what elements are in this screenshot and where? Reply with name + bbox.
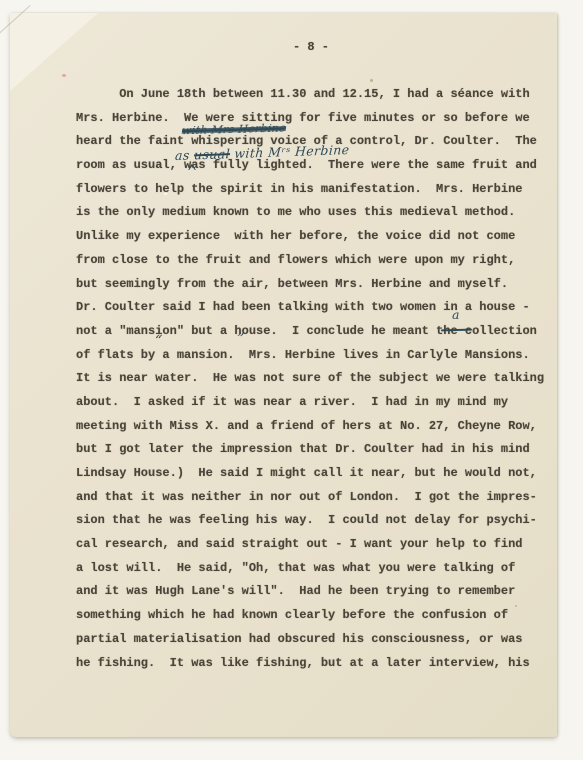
text-line: but I got later the impression that Dr. … [76, 438, 556, 462]
text-line: about. I asked if it was near a river. I… [76, 391, 556, 415]
text-line: a lost will. He said, "Oh, that was what… [76, 557, 556, 581]
text-line: Unlike my experience with her before, th… [76, 225, 556, 249]
handwritten-correction-a: a [452, 307, 459, 322]
paper-speck [62, 74, 66, 77]
insertion-struck-word: usual [194, 146, 231, 162]
text-line: partial materialisation had obscured his… [76, 628, 556, 652]
text-line: It is near water. He was not sure of the… [76, 367, 556, 391]
text-line: flowers to help the spirit in his manife… [76, 178, 556, 202]
text-line: On June 18th between 11.30 and 12.15, I … [76, 83, 556, 107]
text-line: Lindsay House.) He said I might call it … [76, 462, 556, 486]
text-line: Mrs. Herbine. We were sitting for five m… [76, 107, 556, 131]
page-number: - 8 - [293, 40, 329, 54]
text-line: not a "mansion" but a house. I conclude … [76, 320, 556, 344]
text-line: Dr. Coulter said I had been talking with… [76, 296, 556, 320]
handwritten-scribbled-note: with Mrs Herbine [181, 122, 286, 138]
text-line: but seemingly from the air, between Mrs.… [76, 273, 556, 297]
text-line: sion that he was feeling his way. I coul… [76, 509, 556, 533]
paper-speck [370, 79, 373, 82]
text-line: he fishing. It was like fishing, but at … [76, 652, 556, 676]
text-line: is the only medium known to me who uses … [76, 201, 556, 225]
text-line: something which he had known clearly bef… [76, 604, 556, 628]
text-line: of flats by a mansion. Mrs. Herbine live… [76, 344, 556, 368]
text-line: from close to the fruit and flowers whic… [76, 249, 556, 273]
text-line: and that it was neither in nor out of Lo… [76, 486, 556, 510]
text-line: cal research, and said straight out - I … [76, 533, 556, 557]
corner-crease [10, 13, 98, 91]
typed-text-body: On June 18th between 11.30 and 12.15, I … [76, 83, 556, 675]
handwritten-caret-mark: ^ [187, 160, 197, 185]
text-line: meeting with Miss X. and a friend of her… [76, 415, 556, 439]
text-line: and it was Hugh Lane's will". Had he bee… [76, 580, 556, 604]
